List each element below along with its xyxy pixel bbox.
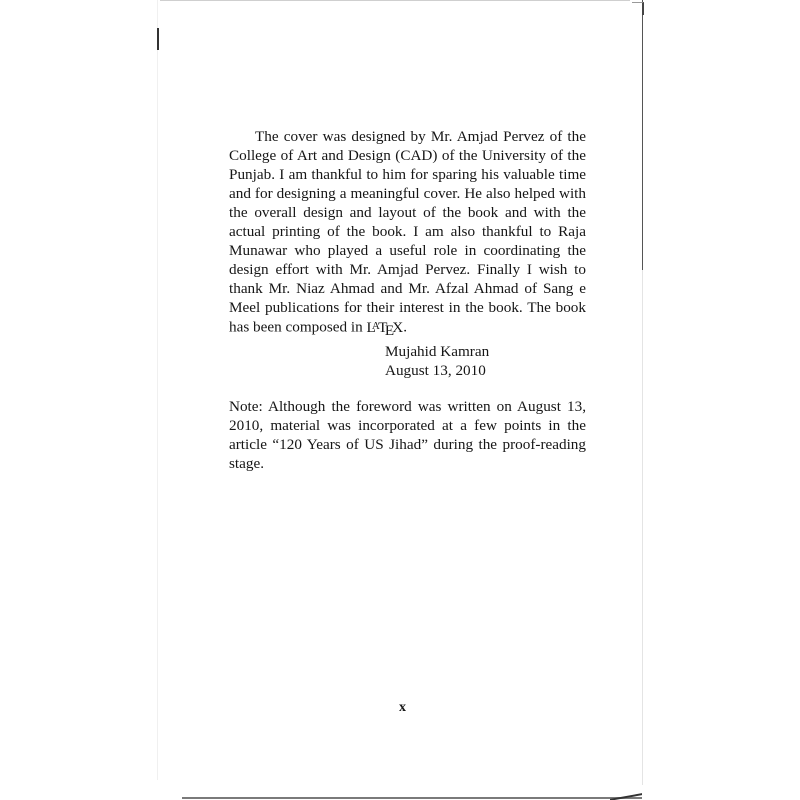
acknowledgement-paragraph: The cover was designed by Mr. Amjad Perv… bbox=[229, 127, 586, 340]
scanned-book-page: The cover was designed by Mr. Amjad Perv… bbox=[0, 0, 800, 800]
scan-left-edge bbox=[157, 0, 158, 780]
paragraph-text: The cover was designed by Mr. Amjad Perv… bbox=[229, 128, 586, 336]
signature-date: August 13, 2010 bbox=[385, 361, 489, 380]
scan-bottom-edge bbox=[182, 797, 642, 799]
scan-top-edge bbox=[160, 0, 630, 1]
page-number: x bbox=[399, 700, 406, 716]
latex-logo: LATEX bbox=[367, 319, 404, 336]
paragraph-end: . bbox=[403, 319, 407, 336]
scan-corner-top-right bbox=[632, 2, 644, 15]
scan-right-edge-faint bbox=[642, 270, 643, 785]
note-paragraph: Note: Although the foreword was written … bbox=[229, 397, 586, 473]
signature-name: Mujahid Kamran bbox=[385, 342, 489, 361]
scan-left-mark bbox=[157, 28, 159, 50]
signature-block: Mujahid Kamran August 13, 2010 bbox=[385, 342, 489, 380]
latex-x: X bbox=[392, 319, 403, 336]
scan-right-edge bbox=[642, 0, 643, 270]
